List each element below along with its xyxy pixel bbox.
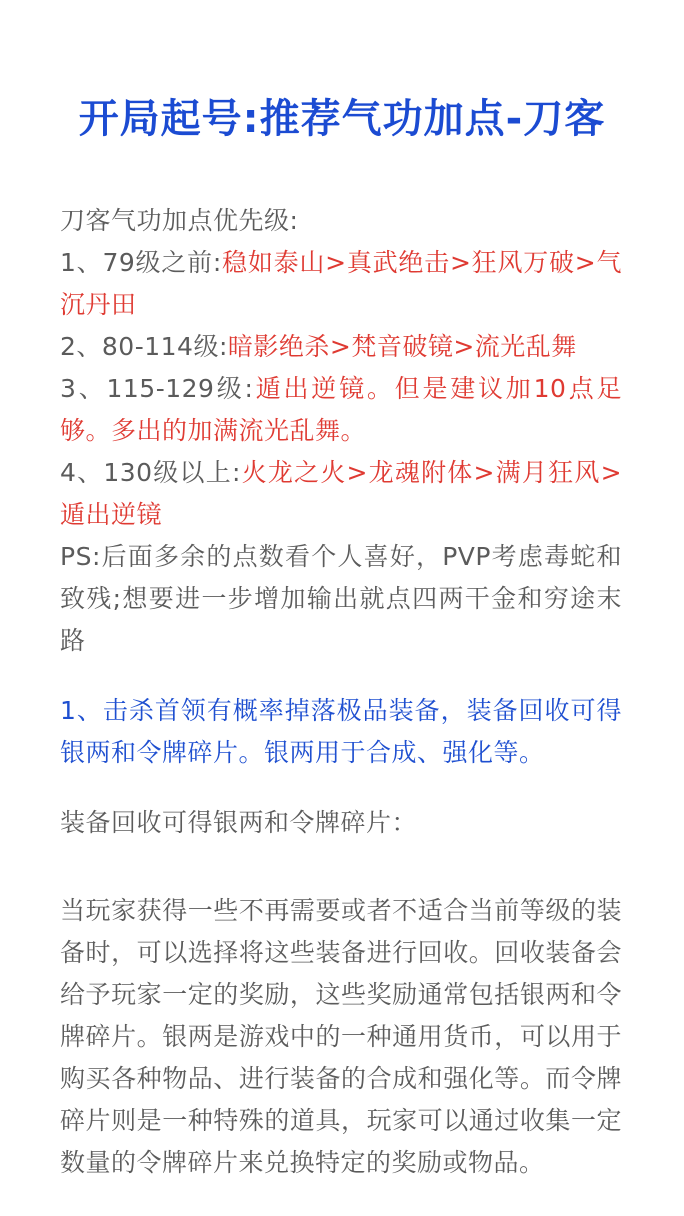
boss-drop-tip: 1、击杀首领有概率掉落极品装备，装备回收可得银两和令牌碎片。银两用于合成、强化等…: [60, 690, 622, 774]
priority-item-2: 2、80-114级:暗影绝杀>梵音破镜>流光乱舞: [60, 326, 622, 368]
priority-ps-note: PS:后面多余的点数看个人喜好，PVP考虑毒蛇和致残;想要进一步增加输出就点四两…: [60, 536, 622, 662]
article-content: 刀客气功加点优先级: 1、79级之前:稳如泰山>真武绝击>狂风万破>气沉丹田 2…: [0, 200, 684, 1184]
priority-item-2-level: 2、80-114级:: [60, 332, 228, 361]
priority-item-4-level: 4、130级以上:: [60, 458, 241, 487]
recycle-heading: 装备回收可得银两和令牌碎片：: [60, 802, 622, 844]
priority-item-1: 1、79级之前:稳如泰山>真武绝击>狂风万破>气沉丹田: [60, 242, 622, 326]
priority-item-2-skills: 暗影绝杀>梵音破镜>流光乱舞: [228, 332, 577, 361]
priority-item-1-level: 1、79级之前:: [60, 248, 222, 277]
priority-item-3-level: 3、115-129级:: [60, 374, 253, 403]
priority-item-4: 4、130级以上:火龙之火>龙魂附体>满月狂风>遁出逆镜: [60, 452, 622, 536]
page-title: 开局起号:推荐气功加点-刀客: [30, 94, 654, 144]
priority-intro: 刀客气功加点优先级:: [60, 200, 622, 242]
recycle-description: 当玩家获得一些不再需要或者不适合当前等级的装备时，可以选择将这些装备进行回收。回…: [60, 890, 622, 1184]
article-page: 开局起号:推荐气功加点-刀客 刀客气功加点优先级: 1、79级之前:稳如泰山>真…: [0, 0, 684, 1216]
priority-section: 刀客气功加点优先级: 1、79级之前:稳如泰山>真武绝击>狂风万破>气沉丹田 2…: [60, 200, 622, 662]
priority-item-3: 3、115-129级:遁出逆镜。但是建议加10点足够。多出的加满流光乱舞。: [60, 368, 622, 452]
